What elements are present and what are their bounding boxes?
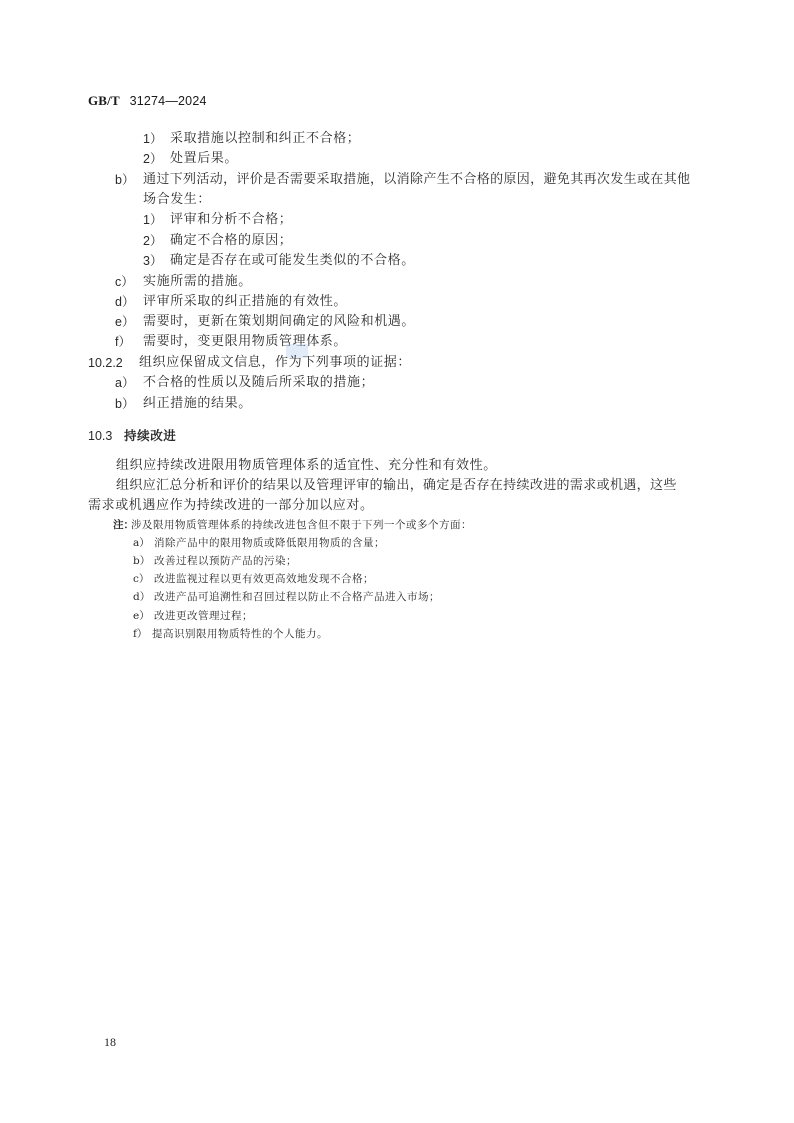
- list-item: 纠正措施的结果。: [143, 396, 252, 412]
- list-item: 评审所采取的纠正措施的有效性。: [143, 294, 347, 310]
- list-label: c）: [115, 274, 134, 290]
- list-label: 1）: [143, 131, 162, 147]
- list-item: 确定不合格的原因；: [170, 233, 292, 249]
- list-item-continuation: 场合发生：: [143, 192, 211, 208]
- note-list-label: b）: [133, 554, 150, 568]
- list-item: 采取措施以控制和纠正不合格；: [170, 131, 360, 147]
- list-label: b）: [115, 172, 134, 188]
- list-item: 处置后果。: [170, 151, 238, 167]
- list-item: 需要时，变更限用物质管理体系。: [143, 334, 347, 350]
- standard-header: GB/T 31274—2024: [88, 93, 207, 109]
- list-label: f）: [115, 334, 131, 350]
- note-text: 涉及限用物质管理体系的持续改进包含但不限于下列一个或多个方面：: [131, 518, 472, 532]
- note-list-item: 改进监视过程以更有效更高效地发现不合格；: [154, 572, 374, 586]
- list-label: a）: [115, 375, 134, 391]
- list-item: 通过下列活动，评价是否需要采取措施，以消除产生不合格的原因，避免其再次发生或在其…: [143, 172, 690, 188]
- note-list-item: 改进更改管理过程；: [154, 609, 253, 623]
- list-label: 2）: [143, 233, 162, 249]
- list-item: 评审和分析不合格；: [170, 212, 292, 228]
- section-title: 持续改进: [124, 428, 176, 444]
- list-label: e）: [115, 314, 134, 330]
- note-list-item: 提高识别限用物质特性的个人能力。: [152, 627, 328, 641]
- note-list-label: c）: [133, 572, 149, 586]
- list-item: 不合格的性质以及随后所采取的措施；: [143, 375, 374, 391]
- note-list-item: 消除产品中的限用物质或降低限用物质的含量；: [154, 536, 385, 550]
- list-label: 2）: [143, 151, 162, 167]
- paragraph-continuation: 需求或机遇应作为持续改进的一部分加以应对。: [88, 498, 374, 514]
- paragraph: 组织应汇总分析和评价的结果以及管理评审的输出，确定是否存在持续改进的需求或机遇，…: [116, 478, 677, 494]
- note-list-label: d）: [133, 590, 150, 604]
- list-label: d）: [115, 294, 134, 310]
- paragraph: 组织应持续改进限用物质管理体系的适宜性、充分性和有效性。: [116, 458, 497, 474]
- section-number: 10.3: [88, 428, 112, 444]
- standard-prefix: GB/T: [88, 93, 120, 108]
- clause-number: 10.2.2: [88, 355, 123, 371]
- list-item: 确定是否存在或可能发生类似的不合格。: [170, 253, 415, 269]
- list-label: b）: [115, 396, 134, 412]
- list-label: 1）: [143, 212, 162, 228]
- standard-number: 31274—2024: [130, 94, 207, 108]
- list-item: 需要时，更新在策划期间确定的风险和机遇。: [143, 314, 415, 330]
- list-item: 实施所需的措施。: [143, 274, 252, 290]
- clause-text: 组织应保留成文信息，作为下列事项的证据：: [139, 355, 411, 371]
- page-number: 18: [104, 1035, 116, 1050]
- note-list-label: f）: [133, 627, 147, 641]
- list-label: 3）: [143, 253, 162, 269]
- note-list-item: 改进产品可追溯性和召回过程以防止不合格产品进入市场；: [154, 590, 440, 604]
- note-list-item: 改善过程以预防产品的污染；: [154, 554, 297, 568]
- note-list-label: e）: [133, 609, 150, 623]
- note-list-label: a）: [133, 536, 150, 550]
